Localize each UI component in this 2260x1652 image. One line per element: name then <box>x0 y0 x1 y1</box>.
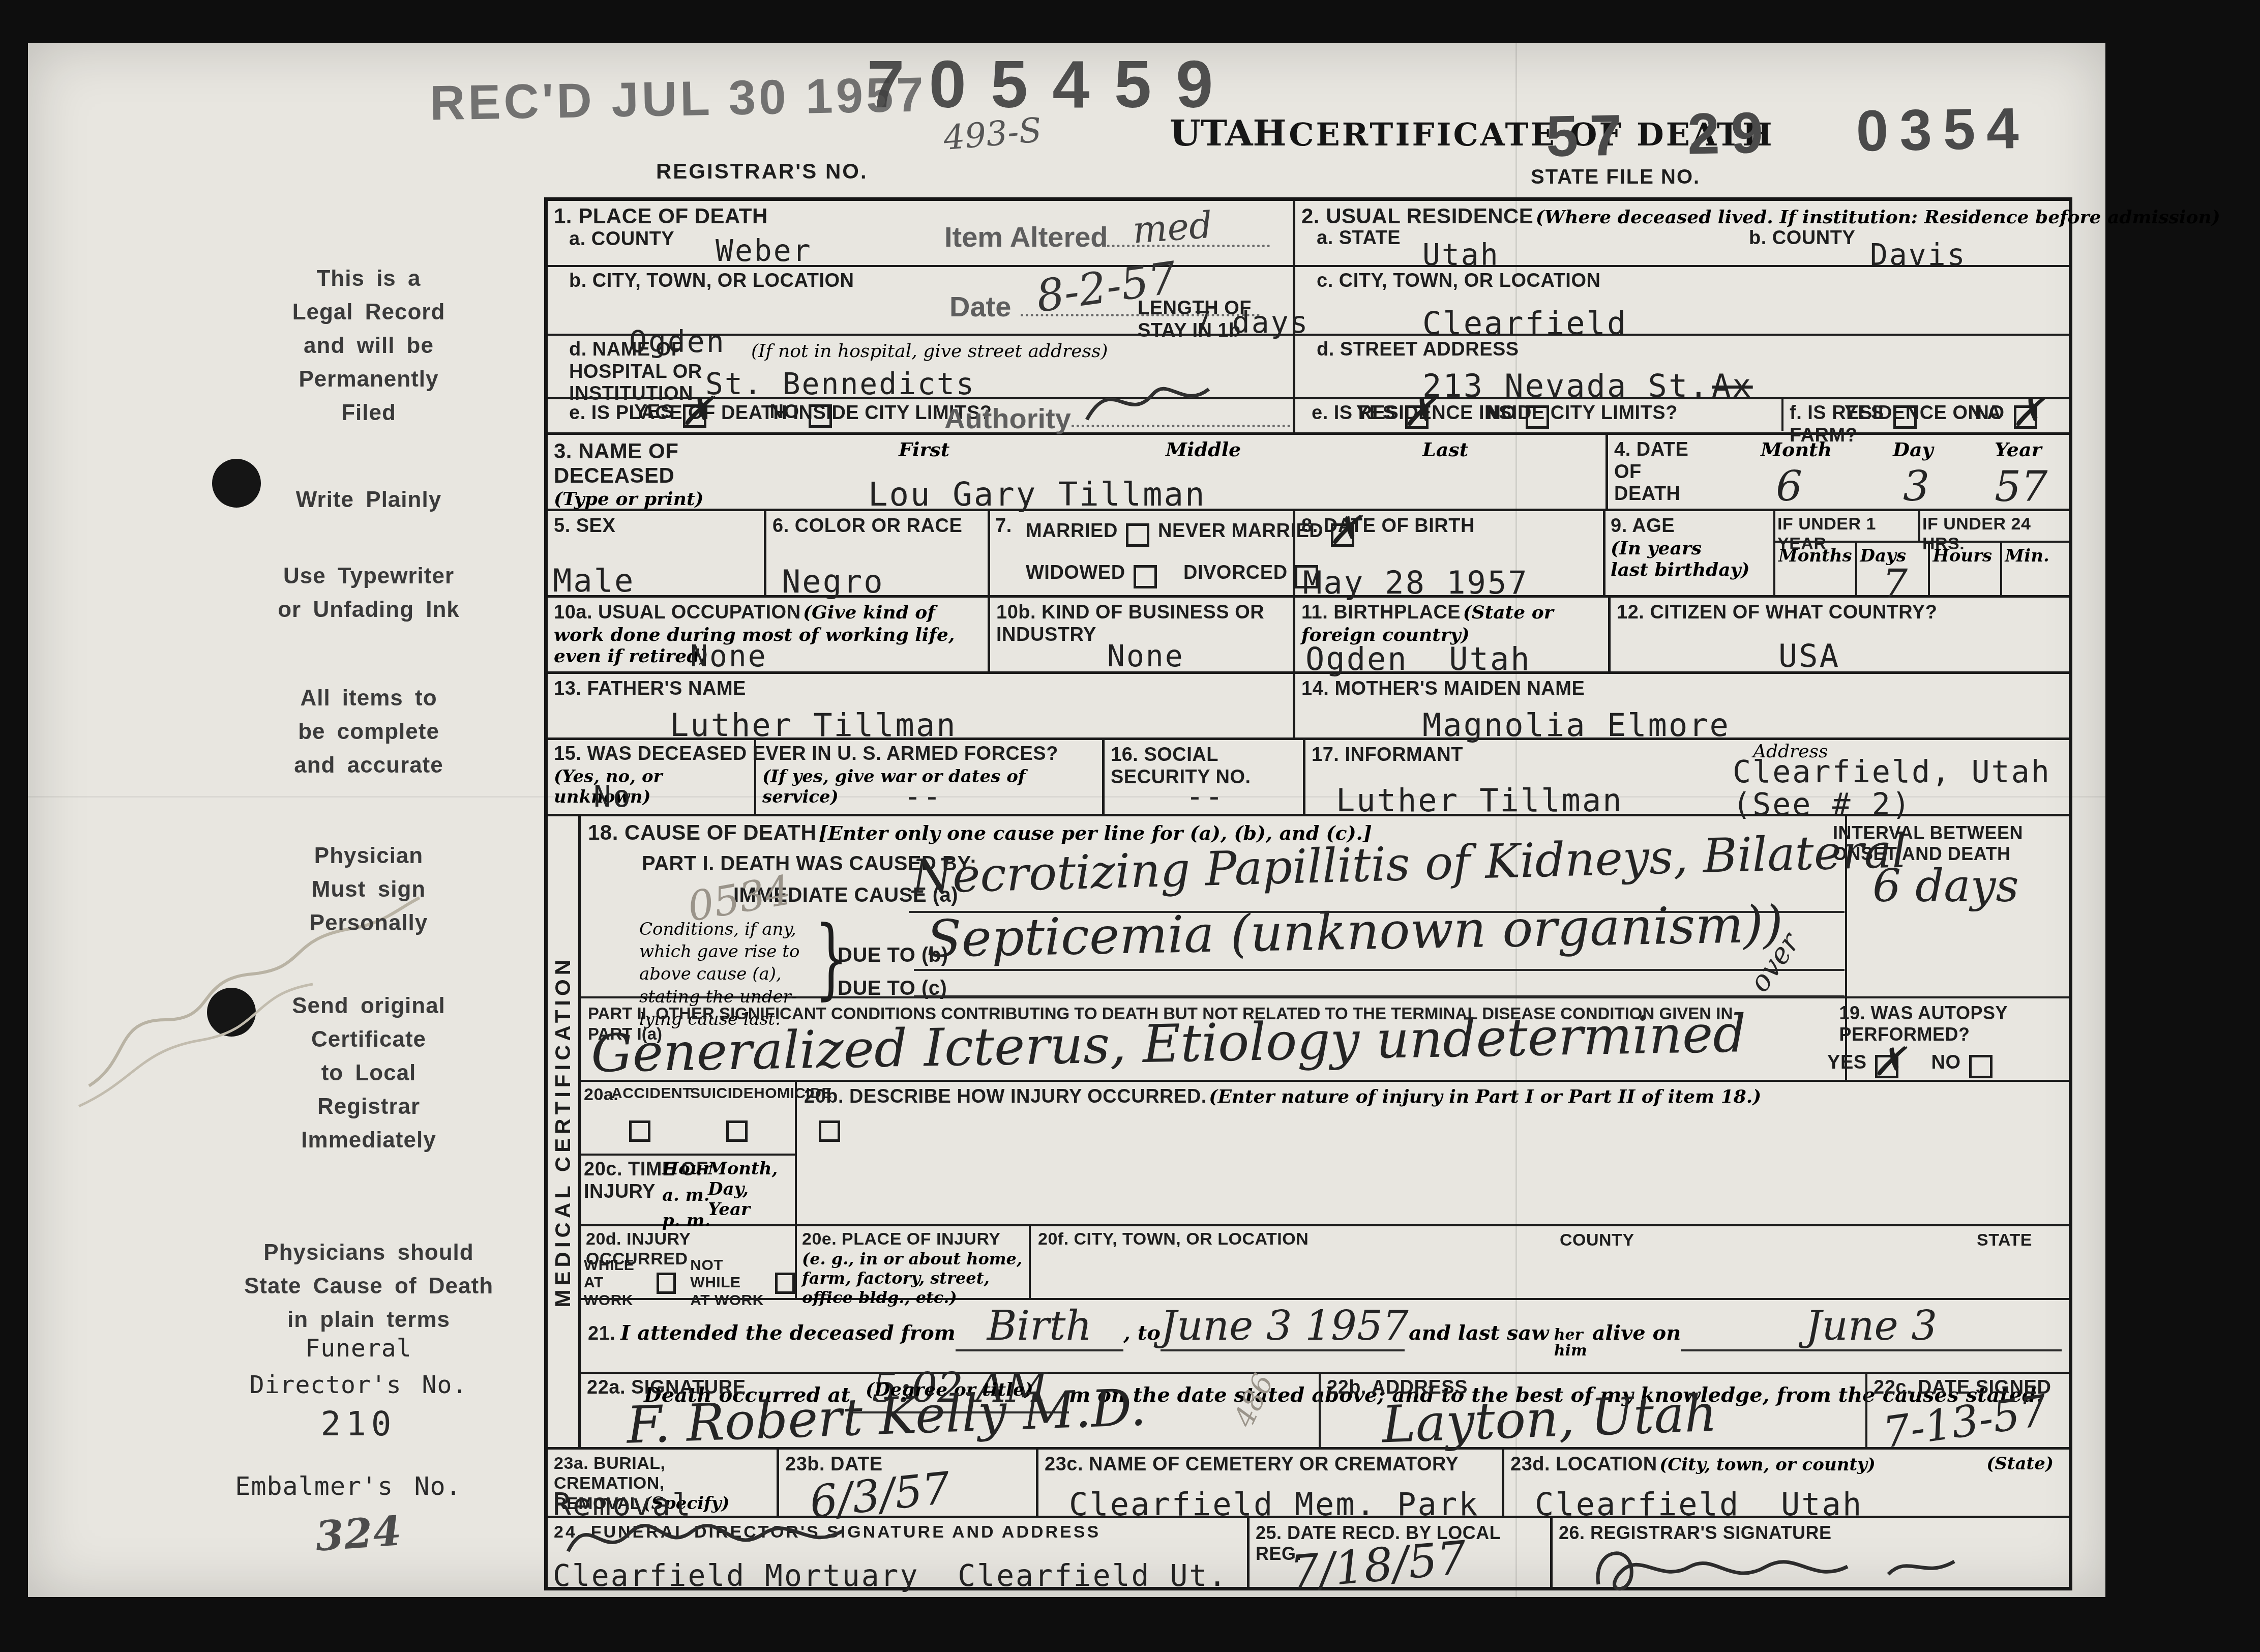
funeral-home-value: Clearfield Mortuary Clearfield Ut. <box>553 1558 1228 1593</box>
box-2f-farm: f. IS RESIDENCE ON A FARM? YES NO ✗ <box>1783 399 2069 431</box>
cause-b-value: Septicemia (unknown organism)) <box>926 894 1783 968</box>
box-23c-cemetery: 23c. NAME OF CEMETERY OR CREMATORY Clear… <box>1038 1450 1504 1516</box>
injury-left-col: 20a. ACCIDENT SUICIDE HOMICIDE 20c. TIME… <box>581 1082 797 1224</box>
hospital-value: St. Bennedicts <box>705 367 975 401</box>
box-20b-note: (Enter nature of injury in Part I or Par… <box>1209 1086 1761 1107</box>
title-utah: UTAH <box>1170 112 1287 154</box>
attended-text-4: alive on <box>1592 1321 1681 1345</box>
married-group: MARRIED <box>1026 520 1149 547</box>
occupation-value: None <box>690 639 767 673</box>
state-file-no-stamp: 57 29 0354 <box>1545 95 2031 170</box>
divorced-label: DIVORCED <box>1183 562 1288 583</box>
box-16-ssn: 16. SOCIAL SECURITY NO. -- <box>1105 740 1305 814</box>
burial-location-value: Clearfield Utah <box>1535 1486 1863 1523</box>
armed-forces-value: No <box>593 779 632 814</box>
box-25-date-received: 25. DATE RECD. BY LOCAL REG. 7/18/57 <box>1250 1518 1553 1587</box>
checkbox-residence-farm-yes <box>1893 405 1917 429</box>
medical-certification-strip: MEDICAL CERTIFICATION <box>548 816 581 1447</box>
box-2a-label: a. STATE <box>1317 227 1737 250</box>
year-label: Year <box>1995 438 2042 461</box>
length-of-stay-value: 7 days <box>1194 305 1310 340</box>
attended-to-value: June 3 1957 <box>1161 1302 1409 1349</box>
item-altered-stamp: Item Altered <box>944 220 1108 253</box>
certificate-form: 1. PLACE OF DEATH a. COUNTY Weber b. CIT… <box>544 197 2072 1590</box>
box-2e-city-limits: e. IS RESIDENCE INSIDE CITY LIMITS? YES … <box>1295 399 1783 431</box>
middle-label: Middle <box>1166 438 1241 461</box>
month-label: Month <box>1761 438 1832 461</box>
box-20b: 20b. DESCRIBE HOW INJURY OCCURRED. (Ente… <box>797 1082 2069 1224</box>
checkbox-place-inside-city-yes: ✗ <box>683 404 706 428</box>
box-6-race: 6. COLOR OR RACE Negro <box>766 511 990 595</box>
box-2ef: e. IS RESIDENCE INSIDE CITY LIMITS? YES … <box>1295 399 2069 431</box>
margin-note-legal-record: This is a Legal Record and will be Perma… <box>191 262 547 430</box>
box-22c-date-signed: 22c. DATE SIGNED 7-13-57 <box>1867 1374 2069 1447</box>
box-18-label: 18. CAUSE OF DEATH <box>588 820 816 844</box>
yes-label: YES <box>1356 402 1396 424</box>
box-9-age: 9. AGE (In years last birthday) IF UNDER… <box>1605 511 2069 595</box>
box-2f-yesno: YES NO ✗ <box>1845 402 2037 429</box>
box-23d-label: 23d. LOCATION <box>1510 1454 1657 1475</box>
no-label: NO <box>1486 402 1516 424</box>
accident-label: ACCIDENT <box>611 1085 692 1103</box>
box-9-label: 9. AGE <box>1611 515 1675 537</box>
first-label: First <box>899 438 949 461</box>
box-2c-label: c. CITY, TOWN, OR LOCATION <box>1317 270 2063 292</box>
box-2d-label: d. STREET ADDRESS <box>1317 339 2063 361</box>
authority-signature-squiggle <box>1082 369 1214 430</box>
checkbox-married <box>1126 523 1149 547</box>
scanned-death-certificate: { "margin": { "note1": "This is a\nLegal… <box>0 0 2260 1652</box>
part2-autopsy-row: PART II. OTHER SIGNIFICANT CONDITIONS CO… <box>581 998 2069 1082</box>
box-13-father: 13. FATHER'S NAME Luther Tillman <box>548 674 1295 737</box>
box-9-note: (In years last birthday) <box>1611 538 1768 580</box>
box-2-title-line: 2. USUAL RESIDENCE (Where deceased lived… <box>1301 204 2220 228</box>
box-9-label-col: 9. AGE (In years last birthday) <box>1605 511 1773 595</box>
attended-line-1: 21. I attended the deceased from Birth ,… <box>588 1302 2062 1359</box>
box-7-number: 7. <box>995 515 1012 538</box>
box-4-date-of-death: 4. DATE OF DEATH Month Day Year 6 3 57 <box>1608 435 2069 509</box>
married-label: MARRIED <box>1026 520 1118 542</box>
received-date-stamp: REC'D JUL 30 1957 <box>429 67 927 131</box>
attended-text-1: I attended the deceased from <box>620 1321 956 1345</box>
dob-value: May 28 1957 <box>1303 564 1529 601</box>
box-15-left: (Yes, no, or unknown) No <box>548 740 756 814</box>
box-14-mother: 14. MOTHER'S MAIDEN NAME Magnolia Elmore <box>1295 674 2069 737</box>
autopsy-yesno: YES ✗ NO <box>1827 1052 1993 1078</box>
signature-row: 22a. SIGNATURE (Degree or title) F. Robe… <box>581 1374 2069 1447</box>
row-name-dod: 3. NAME OF DECEASED (Type or print) Firs… <box>548 435 2069 511</box>
injury-lower-row: 20d. INJURY OCCURRED WHILE AT WORK NOT W… <box>581 1226 2069 1300</box>
death-day-value: 3 <box>1903 463 1929 511</box>
war-dates-value: -- <box>904 779 942 814</box>
box-5-label: 5. SEX <box>554 515 758 538</box>
injury-upper-rows: 20a. ACCIDENT SUICIDE HOMICIDE 20c. TIME… <box>581 1082 2069 1226</box>
death-month-value: 6 <box>1776 463 1802 511</box>
checkbox-residence-inside-city-yes: ✗ <box>1405 405 1429 429</box>
box-21-number: 21. <box>588 1323 615 1345</box>
box-20e-note: (e. g., in or about home, farm, factory,… <box>802 1249 1024 1307</box>
no-label: NO <box>1975 402 2004 424</box>
checkbox-not-while-at-work <box>775 1273 795 1294</box>
physician-address-value: Layton, Utah <box>1381 1383 1718 1454</box>
no-label: NO <box>769 401 799 423</box>
checkbox-autopsy-no <box>1969 1055 1993 1078</box>
deceased-name-value: Lou Gary Tillman <box>868 476 1206 514</box>
box-15-right: (If yes, give war or dates of service) -… <box>756 740 1102 814</box>
box-1b-label: b. CITY, TOWN, OR LOCATION <box>569 270 1287 292</box>
box-2c-city: c. CITY, TOWN, OR LOCATION Clearfield <box>1295 267 2069 336</box>
row-forces-ssn-informant: 15. WAS DECEASED EVER IN U. S. ARMED FOR… <box>548 740 2069 816</box>
margin-note-physician-sign: Physician Must sign Personally <box>191 839 547 940</box>
margin-note-write-plainly: Write Plainly <box>191 483 547 517</box>
box-1e-yes-group: YES ✗ NO <box>634 401 832 428</box>
box-23c-label: 23c. NAME OF CEMETERY OR CREMATORY <box>1045 1454 1496 1476</box>
county-value: Weber <box>716 233 812 268</box>
cause-b-line <box>914 969 1845 971</box>
medical-certification-content: 18. CAUSE OF DEATH [Enter only one cause… <box>581 816 2069 1447</box>
box-15-note1: (Yes, no, or unknown) <box>554 766 748 807</box>
birthplace-value: Ogden Utah <box>1305 640 1531 677</box>
box-12-label: 12. CITIZEN OF WHAT COUNTRY? <box>1617 602 2063 624</box>
under-24-hrs-header: IF UNDER 24 HRS. <box>1920 511 2069 541</box>
attended-from-field: Birth <box>956 1302 1123 1351</box>
box-20e-label: 20e. PLACE OF INJURY <box>802 1229 1000 1249</box>
box-6-label: 6. COLOR OR RACE <box>772 515 982 538</box>
sex-value: Male <box>553 562 635 599</box>
box-9-headers: IF UNDER 1 YEAR IF UNDER 24 HRS. <box>1775 511 2069 543</box>
box-5-sex: 5. SEX Male <box>548 511 766 595</box>
days-col: Days 7 <box>1857 543 1930 595</box>
father-name-value: Luther Tillman <box>670 706 957 744</box>
hour-label: Hour <box>662 1159 711 1179</box>
cause-c-line <box>914 995 1845 997</box>
box-23d-note: (City, town, or county) <box>1659 1455 1876 1475</box>
attended-from-value: Birth <box>987 1302 1092 1349</box>
industry-value: None <box>1107 639 1184 673</box>
registrar-signature-squiggle <box>1583 1539 1970 1595</box>
box-1d-note: (If not in hospital, give street address… <box>751 341 1108 362</box>
last-label: Last <box>1422 438 1468 461</box>
funeral-director-signature-squiggle <box>563 1503 848 1564</box>
mdy-label: Month, Day, Year <box>708 1159 795 1220</box>
box-10a-label: 10a. USUAL OCCUPATION <box>554 602 801 623</box>
box-24-funeral-director: 24. FUNERAL DIRECTOR'S SIGNATURE AND ADD… <box>548 1518 1250 1587</box>
funeral-director-no-value: 210 <box>181 1399 537 1449</box>
date-stamp: Date <box>949 290 1011 323</box>
box-8-date-of-birth: 8. DATE OF BIRTH May 28 1957 <box>1295 511 1605 595</box>
interval-header: INTERVAL BETWEEN ONSET AND DEATH <box>1833 822 2023 865</box>
death-year-value: 57 <box>1995 463 2047 511</box>
box-18-cause-of-death: 18. CAUSE OF DEATH [Enter only one cause… <box>581 816 2069 998</box>
informant-address-value: Clearfield, Utah <box>1733 754 2051 790</box>
item-altered-value: med <box>1131 203 1213 252</box>
ssn-value: -- <box>1186 779 1225 814</box>
yes-label: YES <box>1827 1052 1867 1073</box>
box-2-title: 2. USUAL RESIDENCE <box>1301 204 1533 228</box>
checkbox-residence-farm-no: ✗ <box>2014 405 2037 429</box>
x-mark: ✗ <box>2011 393 2044 432</box>
checkbox-while-at-work <box>657 1273 676 1294</box>
box-22a-signature: 22a. SIGNATURE (Degree or title) F. Robe… <box>581 1374 1321 1447</box>
him-label: him <box>1554 1343 1587 1359</box>
box-12-citizen: 12. CITIZEN OF WHAT COUNTRY? USA <box>1611 598 2069 671</box>
checkbox-residence-inside-city-no <box>1526 405 1549 429</box>
under-1-year-header: IF UNDER 1 YEAR <box>1775 511 1920 541</box>
mother-name-value: Magnolia Elmore <box>1422 706 1730 744</box>
row-parents: 13. FATHER'S NAME Luther Tillman 14. MOT… <box>548 674 2069 740</box>
certificate-paper: This is a Legal Record and will be Perma… <box>28 43 2105 1597</box>
margin-note-send-original: Send original Certificate to Local Regis… <box>191 989 547 1157</box>
box-1-place-of-death: 1. PLACE OF DEATH a. COUNTY Weber b. CIT… <box>548 201 1295 432</box>
widowed-label: WIDOWED <box>1026 562 1125 583</box>
box-21-attended: 21. I attended the deceased from Birth ,… <box>581 1300 2069 1374</box>
min-label: Min. <box>2002 543 2069 595</box>
margin-note-typewriter: Use Typewriter or Unfading Ink <box>191 559 547 627</box>
box-15-armed-forces: 15. WAS DECEASED EVER IN U. S. ARMED FOR… <box>548 740 1105 814</box>
authority-stamp: Authority <box>944 402 1071 435</box>
pencil-486: 486 <box>1227 1369 1280 1432</box>
months-label: Months <box>1775 543 1857 595</box>
yes-label: YES <box>634 401 674 423</box>
box-11-label: 11. BIRTHPLACE <box>1301 602 1461 623</box>
informant-name-value: Luther Tillman <box>1336 782 1623 819</box>
x-mark: ✗ <box>1403 393 1436 432</box>
box-9-cols: Months Days 7 Hours Min. <box>1775 543 2069 595</box>
box-9-grid: IF UNDER 1 YEAR IF UNDER 24 HRS. Months … <box>1773 511 2069 595</box>
no-label: NO <box>1931 1052 1961 1073</box>
box-20a: 20a. ACCIDENT SUICIDE HOMICIDE <box>581 1082 795 1156</box>
funeral-director-no-label: Funeral Director's No. <box>181 1330 537 1403</box>
attended-to-field: June 3 1957 <box>1161 1302 1405 1351</box>
box-10b-industry: 10b. KIND OF BUSINESS OR INDUSTRY None <box>990 598 1295 671</box>
yes-label: YES <box>1845 402 1884 424</box>
cause-a-interval-value: 6 days <box>1872 860 2019 912</box>
box-23d-location: 23d. LOCATION (City, town, or county) (S… <box>1504 1450 2069 1516</box>
box-17-informant: 17. INFORMANT Address Clearfield, Utah (… <box>1305 740 2069 814</box>
day-label: Day <box>1893 438 1934 461</box>
box-13-label: 13. FATHER'S NAME <box>554 678 1287 700</box>
hours-label: Hours <box>1930 543 2002 595</box>
box-10a-occupation: 10a. USUAL OCCUPATION (Give kind of work… <box>548 598 990 671</box>
serial-number-stamp: 705459 <box>867 46 1237 123</box>
margin-note-complete: All items to be complete and accurate <box>191 682 547 782</box>
box-7-marital: 7. MARRIED NEVER MARRIED ✗ WIDOWED DIVOR… <box>990 511 1295 595</box>
box-11-birthplace: 11. BIRTHPLACE (State or foreign country… <box>1295 598 1611 671</box>
checkbox-accident <box>629 1120 650 1142</box>
medical-certification-block: MEDICAL CERTIFICATION 18. CAUSE OF DEATH… <box>548 816 2069 1450</box>
am-label: a. m. <box>662 1185 710 1205</box>
box-15-split: (Yes, no, or unknown) No (If yes, give w… <box>548 740 1102 814</box>
box-2e-yesno: YES ✗ NO <box>1356 402 1549 429</box>
box-3-name-of-deceased: 3. NAME OF DECEASED (Type or print) Firs… <box>548 435 1608 509</box>
row-demographics: 5. SEX Male 6. COLOR OR RACE Negro 7. MA… <box>548 511 2069 598</box>
box-26-registrar-signature: 26. REGISTRAR'S SIGNATURE <box>1553 1518 2069 1587</box>
row-funeral-registrar: 24. FUNERAL DIRECTOR'S SIGNATURE AND ADD… <box>548 1518 2069 1587</box>
checkbox-suicide <box>726 1120 748 1142</box>
cemetery-value: Clearfield Mem. Park <box>1069 1486 1479 1523</box>
box-1b-city: b. CITY, TOWN, OR LOCATION LENGTH OF STA… <box>548 267 1293 336</box>
checkbox-place-inside-city-no <box>809 404 832 428</box>
box-20c: 20c. TIME OF INJURY Hour a. m. p. m. Mon… <box>581 1156 795 1224</box>
box-20f: 20f. CITY, TOWN, OR LOCATION COUNTY STAT… <box>1031 1226 2069 1298</box>
box-14-label: 14. MOTHER'S MAIDEN NAME <box>1301 678 2063 700</box>
last-alive-value: June 3 <box>1805 1302 1937 1349</box>
medical-certification-label: MEDICAL CERTIFICATION <box>551 956 575 1307</box>
box-20b-label: 20b. DESCRIBE HOW INJURY OCCURRED. <box>804 1086 1207 1107</box>
citizen-value: USA <box>1778 637 1840 674</box>
box-22b-address: 22b. ADDRESS Layton, Utah <box>1321 1374 1867 1447</box>
registrar-no-label: REGISTRAR'S NO. <box>656 159 868 184</box>
her-label: her <box>1554 1327 1587 1343</box>
row-place-residence: 1. PLACE OF DEATH a. COUNTY Weber b. CIT… <box>548 201 2069 435</box>
margin-note-plain-terms: Physicians should State Cause of Death i… <box>170 1236 567 1337</box>
row-occupation: 10a. USUAL OCCUPATION (Give kind of work… <box>548 598 2069 674</box>
interval-divider <box>1845 816 1847 996</box>
checkbox-autopsy-yes: ✗ <box>1875 1055 1898 1078</box>
state-label: STATE <box>1977 1230 2032 1250</box>
box-8-label: 8. DATE OF BIRTH <box>1301 515 1597 538</box>
box-20e: 20e. PLACE OF INJURY (e. g., in or about… <box>797 1226 1031 1298</box>
checkbox-widowed <box>1134 565 1157 588</box>
box-2-note: (Where deceased lived. If institution: R… <box>1536 206 2220 228</box>
box-2-usual-residence: 2. USUAL RESIDENCE (Where deceased lived… <box>1295 201 2069 432</box>
registrar-no-value: 493-S <box>942 110 1043 158</box>
widowed-group: WIDOWED <box>1026 562 1157 588</box>
box-23d-state-note: (State) <box>1986 1454 2054 1474</box>
x-mark: ✗ <box>1872 1042 1906 1082</box>
box-20d: 20d. INJURY OCCURRED WHILE AT WORK NOT W… <box>581 1226 797 1298</box>
her-him-stack: her him <box>1554 1327 1587 1359</box>
attended-text-3: and last saw <box>1409 1321 1549 1345</box>
box-20f-label: 20f. CITY, TOWN, OR LOCATION <box>1038 1229 1309 1249</box>
box-19-label: 19. WAS AUTOPSY PERFORMED? <box>1839 1002 2008 1045</box>
last-alive-field: June 3 <box>1681 1302 2062 1351</box>
suicide-label: SUICIDE <box>690 1085 754 1103</box>
attended-text-2: , to <box>1123 1321 1161 1345</box>
x-mark: ✗ <box>680 392 713 431</box>
race-value: Negro <box>782 563 884 600</box>
county-label: COUNTY <box>1560 1230 1634 1250</box>
